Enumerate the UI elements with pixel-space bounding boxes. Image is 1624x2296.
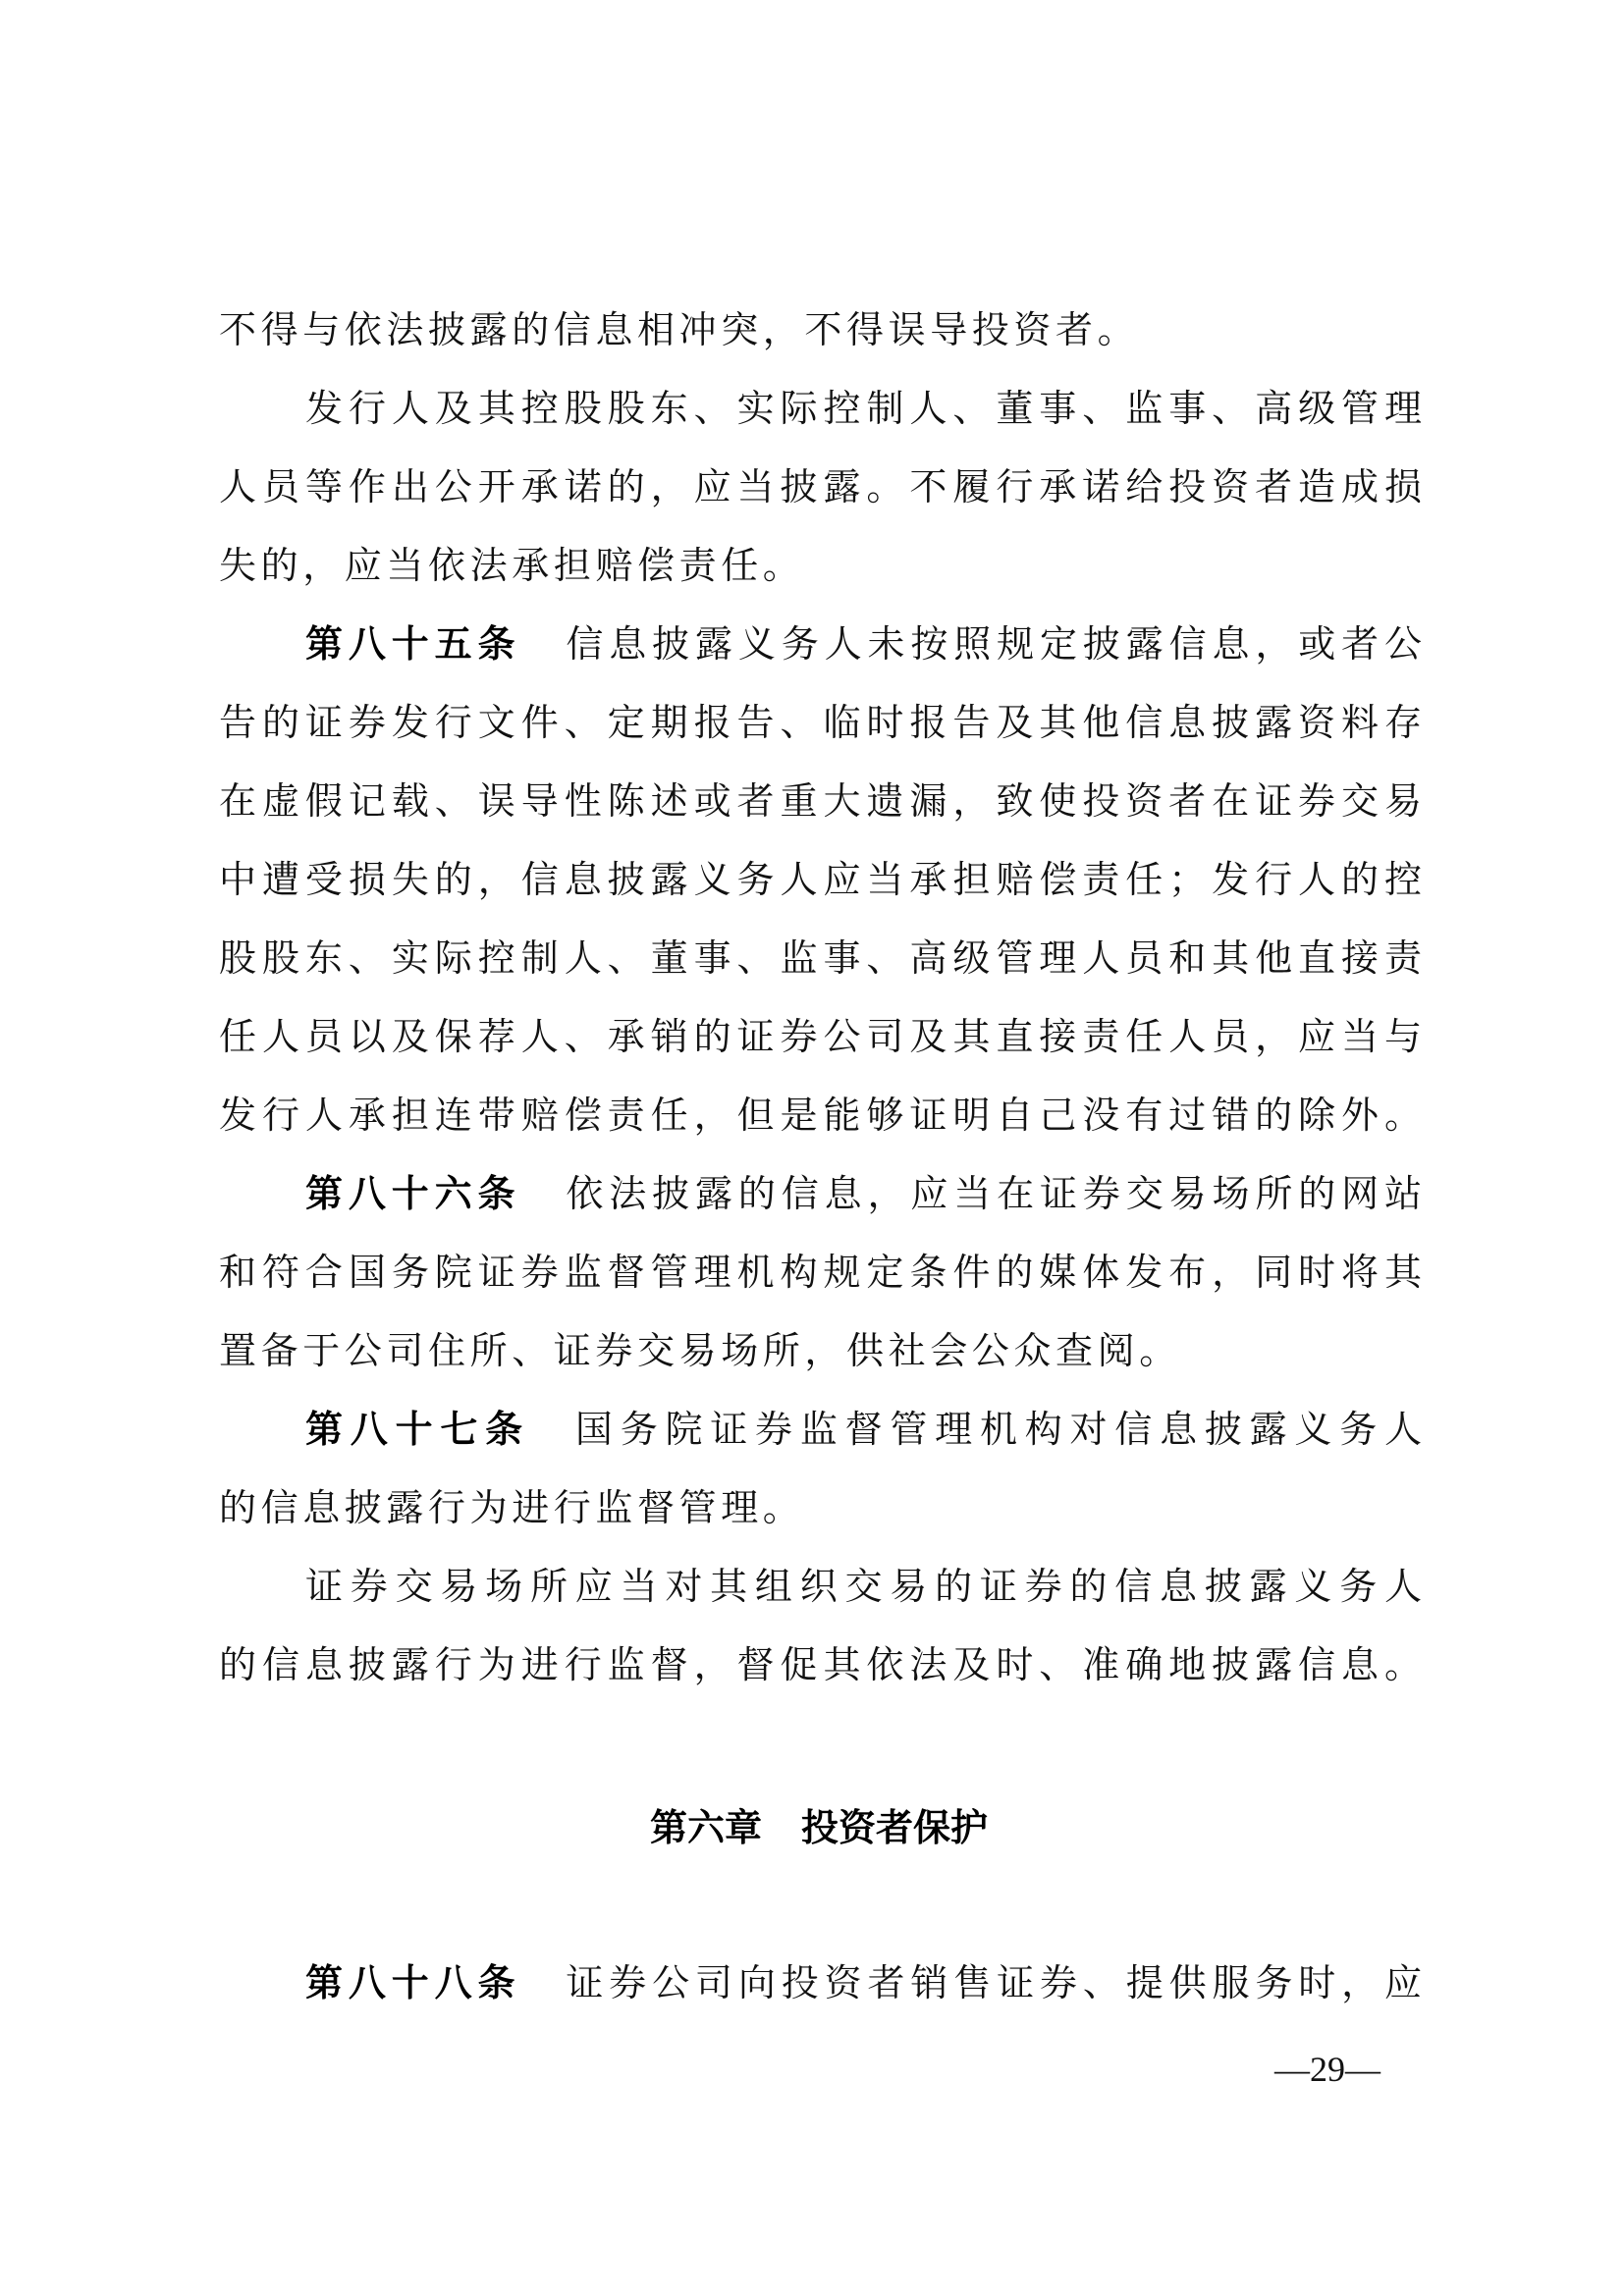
paragraph-line: 在虚假记载、误导性陈述或者重大遗漏，致使投资者在证券交易: [219, 777, 1422, 825]
paragraph-line: 任人员以及保荐人、承销的证券公司及其直接责任人员，应当与: [219, 1013, 1422, 1060]
paragraph-line: 不得与依法披露的信息相冲突，不得误导投资者。: [219, 306, 1422, 353]
page-number: —29—: [1274, 2050, 1380, 2089]
article-heading: 第八十八条: [305, 1961, 520, 2004]
article-heading: 第八十六条: [305, 1172, 520, 1215]
article-text: 依法披露的信息，应当在证券交易场所的网站: [566, 1172, 1422, 1215]
paragraph-line: 股股东、实际控制人、董事、监事、高级管理人员和其他直接责: [219, 934, 1422, 982]
paragraph-line: 置备于公司住所、证券交易场所，供社会公众查阅。: [219, 1327, 1422, 1374]
paragraph-line: 人员等作出公开承诺的，应当披露。不履行承诺给投资者造成损: [219, 463, 1422, 510]
chapter-number: 第六章: [650, 1806, 762, 1849]
paragraph-line: 和符合国务院证券监督管理机构规定条件的媒体发布，同时将其: [219, 1249, 1422, 1296]
paragraph-line: 发行人承担连带赔偿责任，但是能够证明自己没有过错的除外。: [219, 1092, 1422, 1139]
article-heading: 第八十七条: [305, 1408, 530, 1451]
paragraph-line: 发行人及其控股股东、实际控制人、董事、监事、高级管理: [305, 385, 1422, 432]
article-heading: 第八十五条: [305, 622, 520, 666]
article-87-first-line: 第八十七条国务院证券监督管理机构对信息披露义务人: [305, 1406, 1422, 1453]
article-86-first-line: 第八十六条依法披露的信息，应当在证券交易场所的网站: [305, 1170, 1422, 1217]
document-page: 不得与依法披露的信息相冲突，不得误导投资者。 发行人及其控股股东、实际控制人、董…: [0, 0, 1624, 2296]
paragraph-line: 告的证券发行文件、定期报告、临时报告及其他信息披露资料存: [219, 699, 1422, 746]
chapter-title: 投资者保护: [801, 1806, 988, 1849]
paragraph-line: 失的，应当依法承担赔偿责任。: [219, 542, 1422, 589]
paragraph-line: 证券交易场所应当对其组织交易的证券的信息披露义务人: [305, 1563, 1422, 1610]
article-text: 信息披露义务人未按照规定披露信息，或者公: [566, 622, 1422, 666]
chapter-heading: 第六章投资者保护: [0, 1804, 1624, 1851]
paragraph-line: 中遭受损失的，信息披露义务人应当承担赔偿责任；发行人的控: [219, 856, 1422, 903]
paragraph-line: 的信息披露行为进行监督管理。: [219, 1484, 1422, 1531]
article-text: 证券公司向投资者销售证券、提供服务时，应: [566, 1961, 1422, 2004]
article-88-first-line: 第八十八条证券公司向投资者销售证券、提供服务时，应: [305, 1959, 1422, 2006]
paragraph-line: 的信息披露行为进行监督，督促其依法及时、准确地披露信息。: [219, 1641, 1422, 1688]
article-text: 国务院证券监督管理机构对信息披露义务人: [575, 1408, 1422, 1451]
article-85-first-line: 第八十五条信息披露义务人未按照规定披露信息，或者公: [305, 620, 1422, 667]
